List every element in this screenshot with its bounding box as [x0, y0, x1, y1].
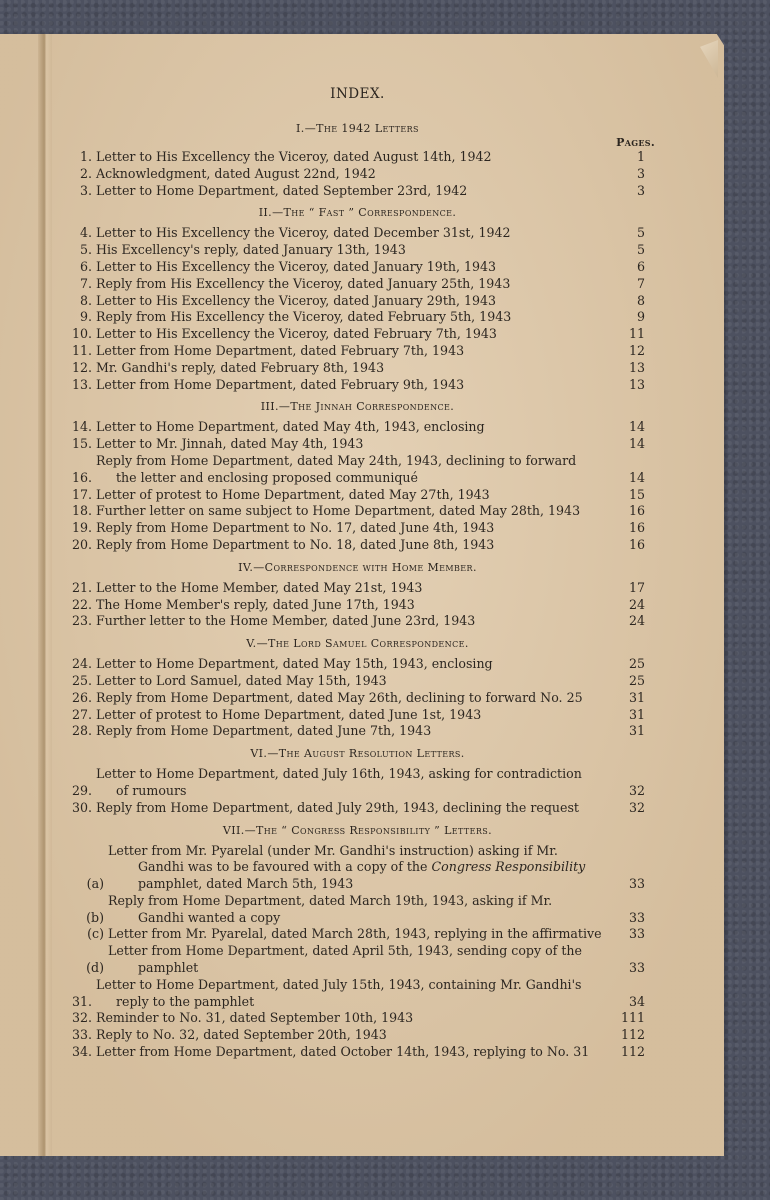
entry-text: Letter to His Excellency the Viceroy, da…: [96, 149, 605, 166]
index-entry[interactable]: 10.Letter to His Excellency the Viceroy,…: [70, 326, 645, 343]
entry-text-line: Reply from His Excellency the Viceroy, d…: [96, 309, 511, 324]
entry-text: Mr. Gandhi's reply, dated February 8th, …: [96, 360, 605, 377]
entry-text-line: Reminder to No. 31, dated September 10th…: [96, 1010, 413, 1025]
entry-text-line: Letter of protest to Home Department, da…: [96, 487, 490, 502]
index-entry[interactable]: 27.Letter of protest to Home Department,…: [70, 707, 645, 724]
entry-number: 20.: [70, 537, 96, 554]
entry-number: 21.: [70, 580, 96, 597]
entry-text-line: Letter to Home Department, dated July 16…: [96, 766, 582, 781]
entry-number: 14.: [70, 419, 96, 436]
entry-number: 33.: [70, 1027, 96, 1044]
entry-text-line: Reply from Home Department to No. 17, da…: [96, 520, 494, 535]
index-entry[interactable]: 1.Letter to His Excellency the Viceroy, …: [70, 149, 645, 166]
section-number: I.: [296, 122, 305, 135]
entry-page-number: 34: [605, 994, 645, 1011]
index-entry[interactable]: 6.Letter to His Excellency the Viceroy, …: [70, 259, 645, 276]
index-entry[interactable]: 3.Letter to Home Department, dated Septe…: [70, 183, 645, 200]
page-fold-crease: [38, 34, 52, 1156]
entry-page-number: 111: [605, 1010, 645, 1027]
entry-number: 7.: [70, 276, 96, 293]
section-heading: VI.—The August Resolution Letters.: [70, 747, 645, 760]
entry-number: 25.: [70, 673, 96, 690]
entry-number: (a): [70, 876, 108, 893]
entry-text: The Home Member's reply, dated June 17th…: [96, 597, 605, 614]
entry-text: Reply from Home Department, dated July 2…: [96, 800, 605, 817]
entry-page-number: 14: [605, 436, 645, 453]
index-entry[interactable]: 13.Letter from Home Department, dated Fe…: [70, 377, 645, 394]
index-section: II.—The “ Fast ” Correspondence.4.Letter…: [70, 206, 645, 393]
entry-page-number: 32: [605, 800, 645, 817]
entry-page-number: 14: [605, 470, 645, 487]
entry-text-line-3: pamphlet, dated March 5th, 1943: [108, 876, 605, 893]
entry-text-line-2: pamphlet: [108, 960, 605, 977]
index-entry[interactable]: 9.Reply from His Excellency the Viceroy,…: [70, 309, 645, 326]
entry-page-number: 11: [605, 326, 645, 343]
entry-page-number: 32: [605, 783, 645, 800]
entry-text: Letter from Mr. Pyarelal, dated March 28…: [108, 926, 605, 943]
entry-page-number: 5: [605, 242, 645, 259]
entry-text: Letter from Home Department, dated Octob…: [96, 1044, 605, 1061]
entry-page-number: 13: [605, 377, 645, 394]
entry-page-number: 33: [605, 960, 645, 977]
entry-page-number: 31: [605, 707, 645, 724]
entry-text-line: Further letter on same subject to Home D…: [96, 503, 580, 518]
section-number: VII.: [223, 824, 245, 837]
entry-text: Letter to Home Department, dated May 4th…: [96, 419, 605, 436]
index-sections: I.—The 1942 LettersPages.1.Letter to His…: [70, 122, 645, 1061]
entry-text-line: Letter to His Excellency the Viceroy, da…: [96, 149, 492, 164]
entry-page-number: 7: [605, 276, 645, 293]
section-number: IV.: [238, 561, 253, 574]
index-entry[interactable]: 11.Letter from Home Department, dated Fe…: [70, 343, 645, 360]
entry-number: 24.: [70, 656, 96, 673]
entry-text-line: Letter to His Excellency the Viceroy, da…: [96, 326, 497, 341]
section-heading: V.—The Lord Samuel Correspondence.: [70, 637, 645, 650]
entry-page-number: 5: [605, 225, 645, 242]
entry-text: Letter of protest to Home Department, da…: [96, 487, 605, 504]
entry-number: 15.: [70, 436, 96, 453]
entry-text: Reply from Home Department, dated May 26…: [96, 690, 605, 707]
entry-text-line: Reply from Home Department, dated March …: [108, 893, 552, 908]
entry-text-line: Letter to His Excellency the Viceroy, da…: [96, 225, 511, 240]
entry-page-number: 15: [605, 487, 645, 504]
entry-text-line: Letter to Home Department, dated May 15t…: [96, 656, 493, 671]
index-section: I.—The 1942 LettersPages.1.Letter to His…: [70, 122, 645, 199]
entry-text: His Excellency's reply, dated January 13…: [96, 242, 605, 259]
entry-text: Reply to No. 32, dated September 20th, 1…: [96, 1027, 605, 1044]
index-section: III.—The Jinnah Correspondence.14.Letter…: [70, 400, 645, 553]
index-section: VI.—The August Resolution Letters.29.Let…: [70, 747, 645, 816]
entry-number: 19.: [70, 520, 96, 537]
section-title-text: The “ Fast ” Correspondence.: [283, 206, 456, 219]
entry-page-number: 31: [605, 690, 645, 707]
entry-text-line: Reply from His Excellency the Viceroy, d…: [96, 276, 510, 291]
entry-text: Letter to Home Department, dated May 15t…: [96, 656, 605, 673]
section-heading: III.—The Jinnah Correspondence.: [70, 400, 645, 413]
entry-page-number: 3: [605, 166, 645, 183]
entry-page-number: 8: [605, 293, 645, 310]
entry-text: Letter from Home Department, dated Febru…: [96, 377, 605, 394]
entry-text: Letter to His Excellency the Viceroy, da…: [96, 293, 605, 310]
index-entry[interactable]: 8.Letter to His Excellency the Viceroy, …: [70, 293, 645, 310]
index-entry[interactable]: 20.Reply from Home Department to No. 18,…: [70, 537, 645, 554]
entry-page-number: 16: [605, 520, 645, 537]
index-entry[interactable]: 23.Further letter to the Home Member, da…: [70, 613, 645, 630]
index-section: IV.—Correspondence with Home Member.21.L…: [70, 561, 645, 630]
entry-text: Letter to Home Department, dated July 16…: [96, 766, 605, 800]
entry-page-number: 33: [605, 910, 645, 927]
section-heading: IV.—Correspondence with Home Member.: [70, 561, 645, 574]
entry-text-line: Reply from Home Department, dated May 24…: [96, 453, 576, 468]
entry-text-line: Letter from Home Department, dated Octob…: [96, 1044, 589, 1059]
entry-text-line: Letter to His Excellency the Viceroy, da…: [96, 259, 496, 274]
entry-text: Acknowledgment, dated August 22nd, 1942: [96, 166, 605, 183]
entry-text: Letter from Mr. Pyarelal (under Mr. Gand…: [108, 843, 605, 893]
index-entry[interactable]: 17.Letter of protest to Home Department,…: [70, 487, 645, 504]
entry-text-line: Letter from Home Department, dated April…: [108, 943, 582, 958]
index-title: INDEX.: [70, 86, 645, 102]
entry-number: 27.: [70, 707, 96, 724]
section-title-text: The Jinnah Correspondence.: [290, 400, 454, 413]
entry-number: 11.: [70, 343, 96, 360]
index-entry[interactable]: 4.Letter to His Excellency the Viceroy, …: [70, 225, 645, 242]
entry-text-line-2: Gandhi was to be favoured with a copy of…: [108, 859, 605, 876]
entry-page-number: 25: [605, 656, 645, 673]
entry-text-line: Reply from Home Department to No. 18, da…: [96, 537, 494, 552]
index-entry[interactable]: 32.Reminder to No. 31, dated September 1…: [70, 1010, 645, 1027]
entry-text-line: The Home Member's reply, dated June 17th…: [96, 597, 415, 612]
index-subentry[interactable]: (c)Letter from Mr. Pyarelal, dated March…: [70, 926, 645, 943]
index-entry[interactable]: 24.Letter to Home Department, dated May …: [70, 656, 645, 673]
entry-text: Reply from Home Department to No. 18, da…: [96, 537, 605, 554]
entry-text-line: His Excellency's reply, dated January 13…: [96, 242, 406, 257]
index-content: INDEX. I.—The 1942 LettersPages.1.Letter…: [70, 80, 645, 1061]
entry-number: 4.: [70, 225, 96, 242]
section-title-text: The August Resolution Letters.: [279, 747, 465, 760]
entry-text-line: Letter to Home Department, dated Septemb…: [96, 183, 467, 198]
entry-number: (c): [70, 926, 108, 943]
entry-text-line: Letter to Mr. Jinnah, dated May 4th, 194…: [96, 436, 363, 451]
pages-column-header: Pages.: [616, 136, 655, 149]
entry-text-segment: Gandhi was to be favoured with a copy of…: [138, 859, 428, 874]
index-entry[interactable]: 12.Mr. Gandhi's reply, dated February 8t…: [70, 360, 645, 377]
index-subentry[interactable]: (a)Letter from Mr. Pyarelal (under Mr. G…: [70, 843, 645, 893]
entry-page-number: 6: [605, 259, 645, 276]
entry-number: 1.: [70, 149, 96, 166]
index-entry[interactable]: 34.Letter from Home Department, dated Oc…: [70, 1044, 645, 1061]
entry-number: 9.: [70, 309, 96, 326]
entry-page-number: 14: [605, 419, 645, 436]
entry-page-number: 17: [605, 580, 645, 597]
entry-page-number: 1: [605, 149, 645, 166]
entry-text-line: Letter from Mr. Pyarelal, dated March 28…: [108, 926, 602, 941]
entry-page-number: 3: [605, 183, 645, 200]
entry-text: Further letter on same subject to Home D…: [96, 503, 605, 520]
entry-number: (b): [70, 910, 108, 927]
index-entry[interactable]: 16.Reply from Home Department, dated May…: [70, 453, 645, 487]
entry-text: Letter from Home Department, dated April…: [108, 943, 605, 977]
entry-page-number: 33: [605, 876, 645, 893]
entry-text: Reply from Home Department, dated May 24…: [96, 453, 605, 487]
entry-page-number: 16: [605, 503, 645, 520]
entry-text: Letter from Home Department, dated Febru…: [96, 343, 605, 360]
entry-text: Letter to Lord Samuel, dated May 15th, 1…: [96, 673, 605, 690]
index-subentry[interactable]: (b)Reply from Home Department, dated Mar…: [70, 893, 645, 927]
section-title-text: The 1942 Letters: [316, 122, 419, 135]
entry-number: 30.: [70, 800, 96, 817]
entry-text-line: Reply from Home Department, dated June 7…: [96, 723, 431, 738]
index-entry[interactable]: 25.Letter to Lord Samuel, dated May 15th…: [70, 673, 645, 690]
entry-page-number: 31: [605, 723, 645, 740]
section-number: II.: [259, 206, 272, 219]
entry-page-number: 24: [605, 597, 645, 614]
index-entry[interactable]: 26.Reply from Home Department, dated May…: [70, 690, 645, 707]
entry-text: Further letter to the Home Member, dated…: [96, 613, 605, 630]
entry-number: 28.: [70, 723, 96, 740]
section-number: VI.: [250, 747, 267, 760]
index-entry[interactable]: 18.Further letter on same subject to Hom…: [70, 503, 645, 520]
index-section: V.—The Lord Samuel Correspondence.24.Let…: [70, 637, 645, 740]
entry-page-number: 25: [605, 673, 645, 690]
entry-text-line: Letter of protest to Home Department, da…: [96, 707, 481, 722]
entry-number: 22.: [70, 597, 96, 614]
index-entry[interactable]: 30.Reply from Home Department, dated Jul…: [70, 800, 645, 817]
entry-text-line: Letter to Lord Samuel, dated May 15th, 1…: [96, 673, 387, 688]
entry-text: Reply from Home Department to No. 17, da…: [96, 520, 605, 537]
entry-number: 18.: [70, 503, 96, 520]
entry-text-line-2: Gandhi wanted a copy: [108, 910, 605, 927]
section-heading: I.—The 1942 LettersPages.: [70, 122, 645, 135]
entry-number: 34.: [70, 1044, 96, 1061]
entry-text: Letter to Home Department, dated July 15…: [96, 977, 605, 1011]
entry-page-number: 33: [605, 926, 645, 943]
entry-text-line: Further letter to the Home Member, dated…: [96, 613, 475, 628]
entry-number: 6.: [70, 259, 96, 276]
entry-text-line: Reply from Home Department, dated July 2…: [96, 800, 579, 815]
index-entry[interactable]: 2.Acknowledgment, dated August 22nd, 194…: [70, 166, 645, 183]
entry-page-number: 9: [605, 309, 645, 326]
index-entry[interactable]: 22.The Home Member's reply, dated June 1…: [70, 597, 645, 614]
entry-text: Letter of protest to Home Department, da…: [96, 707, 605, 724]
entry-page-number: 16: [605, 537, 645, 554]
index-subentry[interactable]: (d)Letter from Home Department, dated Ap…: [70, 943, 645, 977]
entry-text: Letter to the Home Member, dated May 21s…: [96, 580, 605, 597]
pamphlet-title-italic: Congress Responsibility: [432, 859, 586, 874]
entry-text-line: Reply to No. 32, dated September 20th, 1…: [96, 1027, 387, 1042]
entry-number: 17.: [70, 487, 96, 504]
entry-number: 12.: [70, 360, 96, 377]
entry-text: Letter to His Excellency the Viceroy, da…: [96, 326, 605, 343]
entry-number: 29.: [70, 783, 96, 800]
index-entry[interactable]: 28.Reply from Home Department, dated Jun…: [70, 723, 645, 740]
entry-number: 10.: [70, 326, 96, 343]
entry-text-line-2: the letter and enclosing proposed commun…: [96, 470, 605, 487]
index-section: VII.—The “ Congress Responsibility ” Let…: [70, 824, 645, 1061]
section-number: III.: [261, 400, 279, 413]
index-entry[interactable]: 19.Reply from Home Department to No. 17,…: [70, 520, 645, 537]
section-title-text: The “ Congress Responsibility ” Letters.: [256, 824, 492, 837]
entry-text-line-2: reply to the pamphlet: [96, 994, 605, 1011]
entry-number: 2.: [70, 166, 96, 183]
index-entry[interactable]: 33.Reply to No. 32, dated September 20th…: [70, 1027, 645, 1044]
entry-text: Reply from His Excellency the Viceroy, d…: [96, 309, 605, 326]
section-heading: II.—The “ Fast ” Correspondence.: [70, 206, 645, 219]
entry-number: 16.: [70, 470, 96, 487]
entry-number: (d): [70, 960, 108, 977]
index-entry[interactable]: 7.Reply from His Excellency the Viceroy,…: [70, 276, 645, 293]
entry-page-number: 13: [605, 360, 645, 377]
entry-text-line: Letter to Home Department, dated May 4th…: [96, 419, 485, 434]
entry-number: 13.: [70, 377, 96, 394]
entry-text: Letter to His Excellency the Viceroy, da…: [96, 225, 605, 242]
entry-text: Reminder to No. 31, dated September 10th…: [96, 1010, 605, 1027]
entry-text-line: Letter from Home Department, dated Febru…: [96, 343, 464, 358]
entry-text: Reply from His Excellency the Viceroy, d…: [96, 276, 605, 293]
index-entry[interactable]: 29.Letter to Home Department, dated July…: [70, 766, 645, 800]
section-title-text: Correspondence with Home Member.: [265, 561, 477, 574]
entry-text-line: Letter to His Excellency the Viceroy, da…: [96, 293, 496, 308]
entry-text: Letter to Mr. Jinnah, dated May 4th, 194…: [96, 436, 605, 453]
index-entry[interactable]: 31.Letter to Home Department, dated July…: [70, 977, 645, 1011]
entry-text-line: Letter to the Home Member, dated May 21s…: [96, 580, 422, 595]
index-entry[interactable]: 15.Letter to Mr. Jinnah, dated May 4th, …: [70, 436, 645, 453]
entry-text-line: Letter from Mr. Pyarelal (under Mr. Gand…: [108, 843, 558, 858]
entry-text-line: Mr. Gandhi's reply, dated February 8th, …: [96, 360, 384, 375]
entry-text-line-2: of rumours: [96, 783, 605, 800]
index-entry[interactable]: 14.Letter to Home Department, dated May …: [70, 419, 645, 436]
entry-page-number: 112: [605, 1044, 645, 1061]
section-heading: VII.—The “ Congress Responsibility ” Let…: [70, 824, 645, 837]
index-entry[interactable]: 21.Letter to the Home Member, dated May …: [70, 580, 645, 597]
entry-text: Reply from Home Department, dated June 7…: [96, 723, 605, 740]
entry-number: 3.: [70, 183, 96, 200]
entry-page-number: 112: [605, 1027, 645, 1044]
entry-number: 23.: [70, 613, 96, 630]
entry-text-line: Reply from Home Department, dated May 26…: [96, 690, 583, 705]
entry-number: 31.: [70, 994, 96, 1011]
entry-text-line: Letter from Home Department, dated Febru…: [96, 377, 464, 392]
entry-number: 5.: [70, 242, 96, 259]
entry-number: 26.: [70, 690, 96, 707]
entry-text: Letter to His Excellency the Viceroy, da…: [96, 259, 605, 276]
entry-text-line: Acknowledgment, dated August 22nd, 1942: [96, 166, 376, 181]
section-number: V.: [246, 637, 256, 650]
entry-text: Letter to Home Department, dated Septemb…: [96, 183, 605, 200]
index-entry[interactable]: 5.His Excellency's reply, dated January …: [70, 242, 645, 259]
entry-text-line: Letter to Home Department, dated July 15…: [96, 977, 582, 992]
entry-number: 8.: [70, 293, 96, 310]
section-title-text: The Lord Samuel Correspondence.: [268, 637, 469, 650]
entry-page-number: 24: [605, 613, 645, 630]
entry-page-number: 12: [605, 343, 645, 360]
entry-text: Reply from Home Department, dated March …: [108, 893, 605, 927]
entry-number: 32.: [70, 1010, 96, 1027]
